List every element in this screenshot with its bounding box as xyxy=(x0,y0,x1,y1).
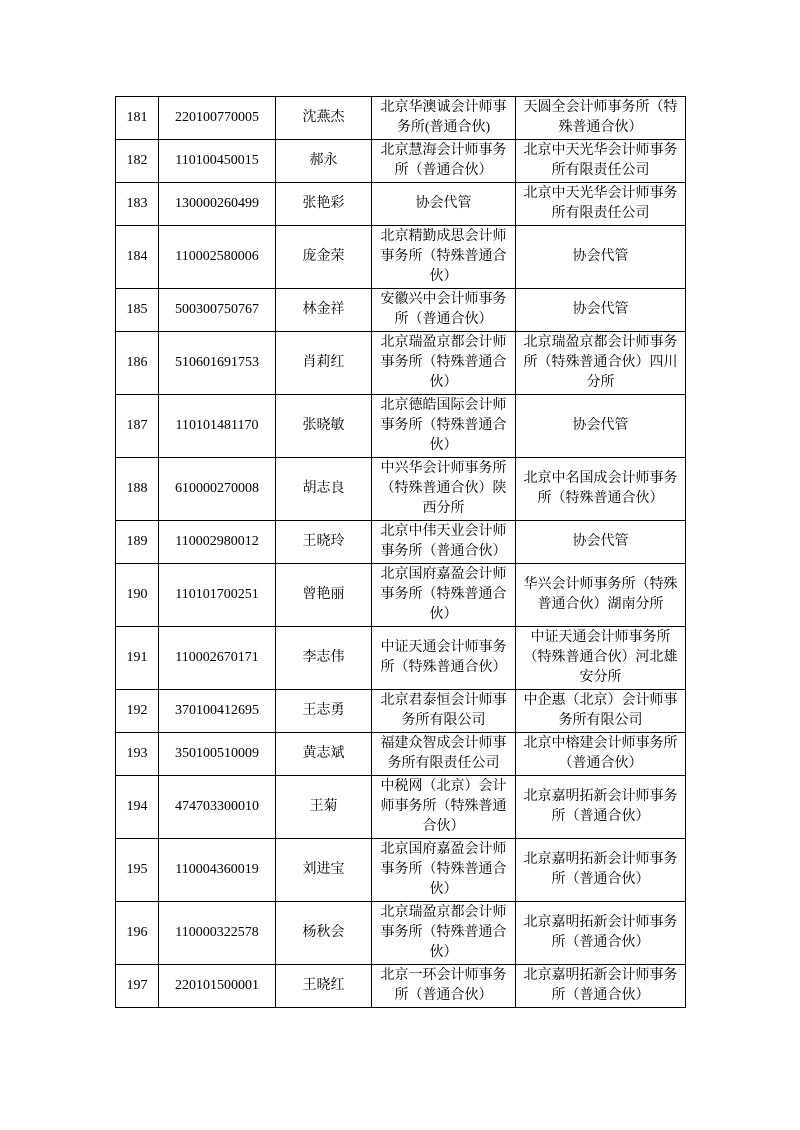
certificate-number-cell: 110000322578 xyxy=(159,902,276,965)
certificate-number-cell: 474703300010 xyxy=(159,776,276,839)
sequence-number-cell: 197 xyxy=(116,965,159,1008)
firm-cell-right: 中企惠（北京）会计师事务所有限公司 xyxy=(516,690,686,733)
firm-cell-right: 协会代管 xyxy=(516,289,686,332)
sequence-number-cell: 181 xyxy=(116,97,159,140)
person-name-cell: 林金祥 xyxy=(276,289,372,332)
firm-cell-left: 北京华澳诚会计师事务所(普通合伙) xyxy=(372,97,516,140)
table-row: 189 110002980012 王晓玲 北京中伟天业会计师事务所（普通合伙） … xyxy=(116,521,686,564)
certificate-number-cell: 110101481170 xyxy=(159,395,276,458)
person-name-cell: 郝永 xyxy=(276,140,372,183)
table-row: 187 110101481170 张晓敏 北京德皓国际会计师事务所（特殊普通合伙… xyxy=(116,395,686,458)
sequence-number-cell: 193 xyxy=(116,733,159,776)
firm-cell-right: 北京中天光华会计师事务所有限责任公司 xyxy=(516,140,686,183)
firm-cell-left: 北京慧海会计师事务所（普通合伙） xyxy=(372,140,516,183)
document-page: 181 220100770005 沈燕杰 北京华澳诚会计师事务所(普通合伙) 天… xyxy=(0,0,800,1130)
certificate-number-cell: 110002580006 xyxy=(159,226,276,289)
firm-cell-right: 协会代管 xyxy=(516,521,686,564)
sequence-number-cell: 192 xyxy=(116,690,159,733)
table-row: 181 220100770005 沈燕杰 北京华澳诚会计师事务所(普通合伙) 天… xyxy=(116,97,686,140)
firm-cell-right: 北京嘉明拓新会计师事务所（普通合伙） xyxy=(516,965,686,1008)
person-name-cell: 刘进宝 xyxy=(276,839,372,902)
person-name-cell: 沈燕杰 xyxy=(276,97,372,140)
certificate-number-cell: 510601691753 xyxy=(159,332,276,395)
certificate-number-cell: 110004360019 xyxy=(159,839,276,902)
firm-cell-left: 北京一环会计师事务所（普通合伙） xyxy=(372,965,516,1008)
firm-cell-left: 北京瑞盈京都会计师事务所（特殊普通合伙） xyxy=(372,902,516,965)
firm-cell-right: 协会代管 xyxy=(516,395,686,458)
certificate-number-cell: 110002670171 xyxy=(159,627,276,690)
table-body: 181 220100770005 沈燕杰 北京华澳诚会计师事务所(普通合伙) 天… xyxy=(116,97,686,1008)
person-name-cell: 胡志良 xyxy=(276,458,372,521)
firm-cell-left: 北京精勤成思会计师事务所（特殊普通合伙） xyxy=(372,226,516,289)
person-name-cell: 黄志斌 xyxy=(276,733,372,776)
firm-cell-right: 北京嘉明拓新会计师事务所（普通合伙） xyxy=(516,839,686,902)
sequence-number-cell: 196 xyxy=(116,902,159,965)
person-name-cell: 王晓红 xyxy=(276,965,372,1008)
table-row: 184 110002580006 庞金荣 北京精勤成思会计师事务所（特殊普通合伙… xyxy=(116,226,686,289)
firm-cell-left: 北京国府嘉盈会计师事务所（特殊普通合伙） xyxy=(372,839,516,902)
table-row: 196 110000322578 杨秋会 北京瑞盈京都会计师事务所（特殊普通合伙… xyxy=(116,902,686,965)
person-name-cell: 王晓玲 xyxy=(276,521,372,564)
certificate-number-cell: 370100412695 xyxy=(159,690,276,733)
firm-cell-left: 安徽兴中会计师事务所（普通合伙） xyxy=(372,289,516,332)
accountant-registry-table: 181 220100770005 沈燕杰 北京华澳诚会计师事务所(普通合伙) 天… xyxy=(115,96,686,1008)
firm-cell-left: 中证天通会计师事务所（特殊普通合伙） xyxy=(372,627,516,690)
certificate-number-cell: 220101500001 xyxy=(159,965,276,1008)
person-name-cell: 曾艳丽 xyxy=(276,564,372,627)
table-row: 193 350100510009 黄志斌 福建众智成会计师事务所有限责任公司 北… xyxy=(116,733,686,776)
table-row: 192 370100412695 王志勇 北京君泰恒会计师事务所有限公司 中企惠… xyxy=(116,690,686,733)
firm-cell-right: 北京中天光华会计师事务所有限责任公司 xyxy=(516,183,686,226)
firm-cell-right: 北京瑞盈京都会计师事务所（特殊普通合伙）四川分所 xyxy=(516,332,686,395)
certificate-number-cell: 110101700251 xyxy=(159,564,276,627)
sequence-number-cell: 186 xyxy=(116,332,159,395)
person-name-cell: 李志伟 xyxy=(276,627,372,690)
table-row: 183 130000260499 张艳彩 协会代管 北京中天光华会计师事务所有限… xyxy=(116,183,686,226)
sequence-number-cell: 184 xyxy=(116,226,159,289)
person-name-cell: 庞金荣 xyxy=(276,226,372,289)
firm-cell-left: 福建众智成会计师事务所有限责任公司 xyxy=(372,733,516,776)
firm-cell-right: 北京嘉明拓新会计师事务所（普通合伙） xyxy=(516,902,686,965)
table-row: 194 474703300010 王菊 中税网（北京）会计师事务所（特殊普通合伙… xyxy=(116,776,686,839)
sequence-number-cell: 190 xyxy=(116,564,159,627)
certificate-number-cell: 130000260499 xyxy=(159,183,276,226)
table-row: 188 610000270008 胡志良 中兴华会计师事务所（特殊普通合伙）陕西… xyxy=(116,458,686,521)
person-name-cell: 王志勇 xyxy=(276,690,372,733)
table-row: 191 110002670171 李志伟 中证天通会计师事务所（特殊普通合伙） … xyxy=(116,627,686,690)
person-name-cell: 王菊 xyxy=(276,776,372,839)
person-name-cell: 张晓敏 xyxy=(276,395,372,458)
sequence-number-cell: 182 xyxy=(116,140,159,183)
table-row: 190 110101700251 曾艳丽 北京国府嘉盈会计师事务所（特殊普通合伙… xyxy=(116,564,686,627)
firm-cell-left: 北京国府嘉盈会计师事务所（特殊普通合伙） xyxy=(372,564,516,627)
certificate-number-cell: 110100450015 xyxy=(159,140,276,183)
sequence-number-cell: 194 xyxy=(116,776,159,839)
sequence-number-cell: 183 xyxy=(116,183,159,226)
person-name-cell: 杨秋会 xyxy=(276,902,372,965)
firm-cell-left: 中兴华会计师事务所（特殊普通合伙）陕西分所 xyxy=(372,458,516,521)
firm-cell-right: 北京中榕建会计师事务所（普通合伙） xyxy=(516,733,686,776)
firm-cell-right: 天圆全会计师事务所（特殊普通合伙） xyxy=(516,97,686,140)
firm-cell-right: 北京中名国成会计师事务所（特殊普通合伙） xyxy=(516,458,686,521)
sequence-number-cell: 185 xyxy=(116,289,159,332)
certificate-number-cell: 350100510009 xyxy=(159,733,276,776)
firm-cell-right: 北京嘉明拓新会计师事务所（普通合伙） xyxy=(516,776,686,839)
firm-cell-left: 北京德皓国际会计师事务所（特殊普通合伙） xyxy=(372,395,516,458)
sequence-number-cell: 187 xyxy=(116,395,159,458)
firm-cell-right: 协会代管 xyxy=(516,226,686,289)
firm-cell-right: 中证天通会计师事务所（特殊普通合伙）河北雄安分所 xyxy=(516,627,686,690)
table-row: 182 110100450015 郝永 北京慧海会计师事务所（普通合伙） 北京中… xyxy=(116,140,686,183)
table-row: 197 220101500001 王晓红 北京一环会计师事务所（普通合伙） 北京… xyxy=(116,965,686,1008)
table-row: 195 110004360019 刘进宝 北京国府嘉盈会计师事务所（特殊普通合伙… xyxy=(116,839,686,902)
sequence-number-cell: 189 xyxy=(116,521,159,564)
table-row: 186 510601691753 肖莉红 北京瑞盈京都会计师事务所（特殊普通合伙… xyxy=(116,332,686,395)
firm-cell-right: 华兴会计师事务所（特殊普通合伙）湖南分所 xyxy=(516,564,686,627)
certificate-number-cell: 610000270008 xyxy=(159,458,276,521)
sequence-number-cell: 191 xyxy=(116,627,159,690)
firm-cell-left: 中税网（北京）会计师事务所（特殊普通合伙） xyxy=(372,776,516,839)
firm-cell-left: 北京瑞盈京都会计师事务所（特殊普通合伙） xyxy=(372,332,516,395)
sequence-number-cell: 195 xyxy=(116,839,159,902)
person-name-cell: 张艳彩 xyxy=(276,183,372,226)
certificate-number-cell: 220100770005 xyxy=(159,97,276,140)
sequence-number-cell: 188 xyxy=(116,458,159,521)
firm-cell-left: 北京中伟天业会计师事务所（普通合伙） xyxy=(372,521,516,564)
table-row: 185 500300750767 林金祥 安徽兴中会计师事务所（普通合伙） 协会… xyxy=(116,289,686,332)
person-name-cell: 肖莉红 xyxy=(276,332,372,395)
firm-cell-left: 协会代管 xyxy=(372,183,516,226)
firm-cell-left: 北京君泰恒会计师事务所有限公司 xyxy=(372,690,516,733)
certificate-number-cell: 110002980012 xyxy=(159,521,276,564)
certificate-number-cell: 500300750767 xyxy=(159,289,276,332)
